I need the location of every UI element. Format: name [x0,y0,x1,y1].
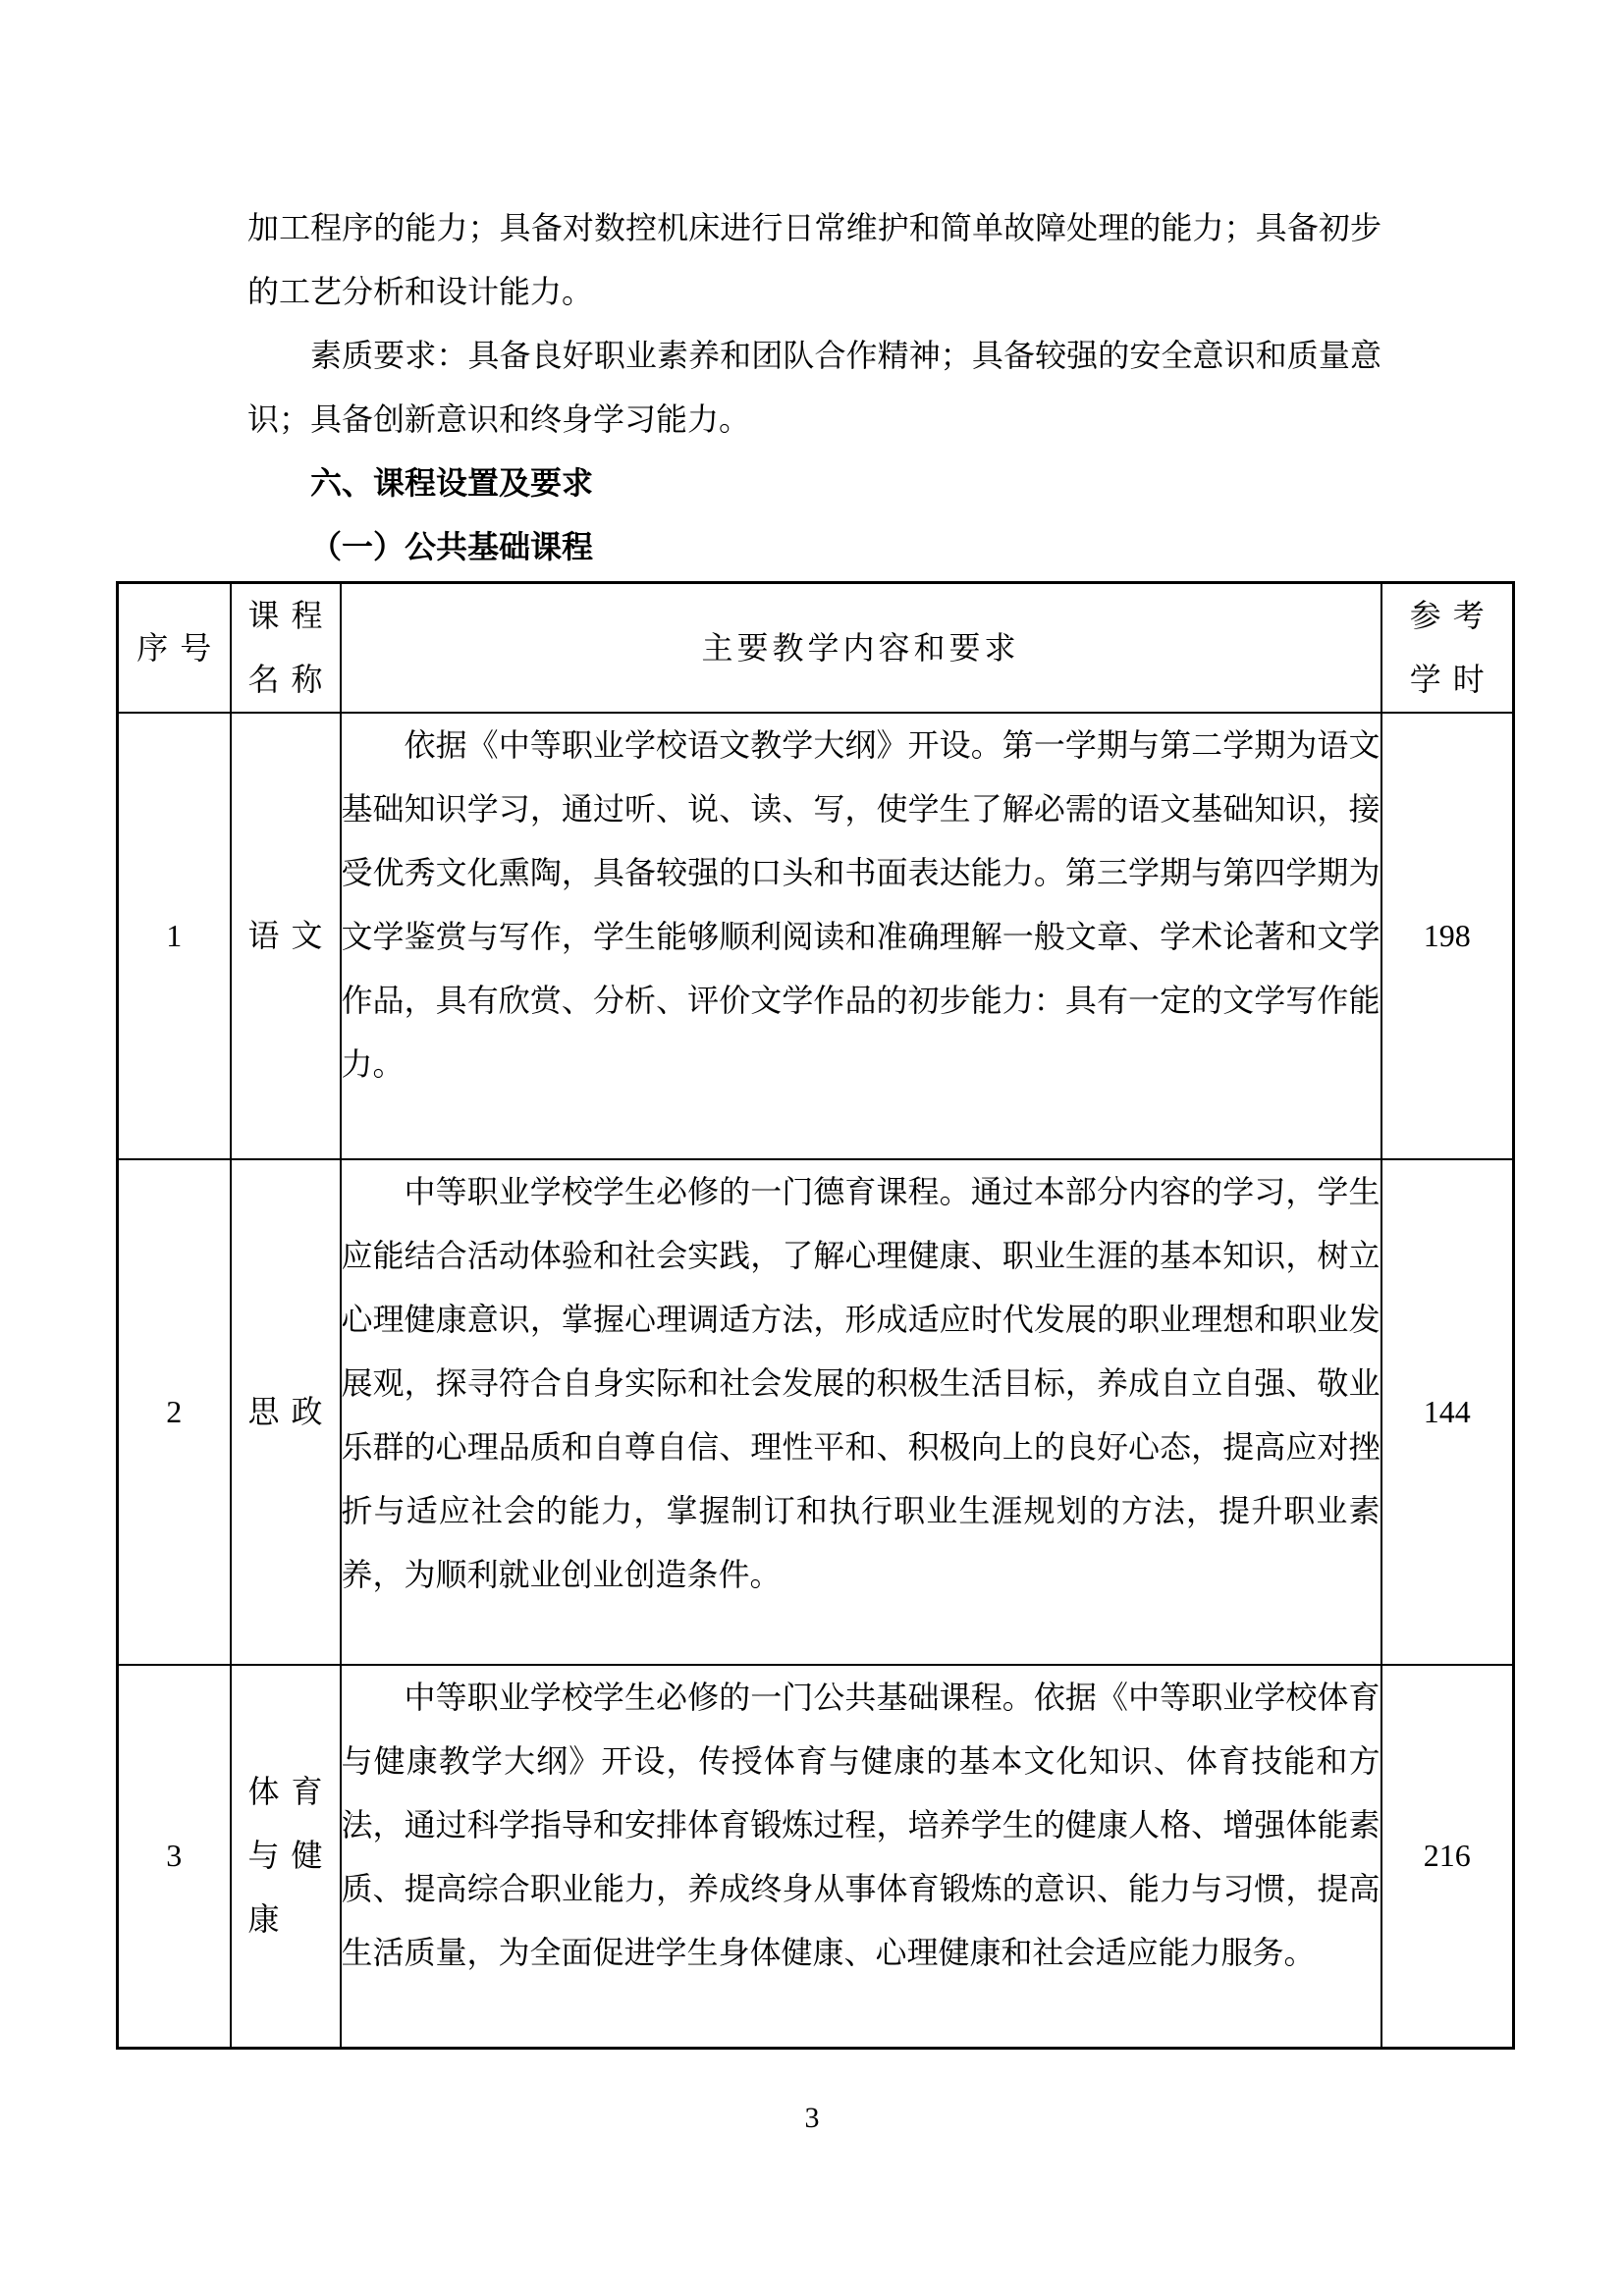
course-content: 依据《中等职业学校语文教学大纲》开设。第一学期与第二学期为语文基础知识学习，通过… [341,713,1381,1159]
subsection-heading: （一）公共基础课程 [247,515,1381,579]
course-hours: 144 [1381,1159,1514,1665]
course-hours: 198 [1381,713,1514,1159]
page-number: 3 [0,2101,1624,2136]
course-hours: 216 [1381,1665,1514,2048]
header-hours: 参考学时 [1381,583,1514,714]
row-index: 2 [118,1159,231,1665]
header-course-name-label: 课程名称 [248,584,323,712]
course-table: 序号 课程名称 主要教学内容和要求 参考学时 1 语文 依据《中等职业学校语文教… [116,581,1515,2050]
section-heading: 六、课程设置及要求 [247,452,1381,515]
body-paragraph: 素质要求：具备良好职业素养和团队合作精神；具备较强的安全意识和质量意识；具备创新… [247,324,1381,452]
course-content: 中等职业学校学生必修的一门公共基础课程。依据《中等职业学校体育与健康教学大纲》开… [341,1665,1381,2048]
course-content: 中等职业学校学生必修的一门德育课程。通过本部分内容的学习，学生应能结合活动体验和… [341,1159,1381,1665]
header-hours-label: 参考学时 [1410,584,1485,712]
header-content: 主要教学内容和要求 [341,583,1381,714]
table-row: 1 语文 依据《中等职业学校语文教学大纲》开设。第一学期与第二学期为语文基础知识… [118,713,1514,1159]
row-index: 3 [118,1665,231,2048]
header-content-label: 主要教学内容和要求 [701,630,1019,666]
course-name: 体育与健康 [248,1760,323,1951]
row-index: 1 [118,713,231,1159]
table-row: 3 体育与健康 中等职业学校学生必修的一门公共基础课程。依据《中等职业学校体育与… [118,1665,1514,2048]
table-row: 2 思政 中等职业学校学生必修的一门德育课程。通过本部分内容的学习，学生应能结合… [118,1159,1514,1665]
header-course-name: 课程名称 [231,583,341,714]
course-name-cell: 语文 [231,713,341,1159]
course-name: 思政 [248,1380,323,1444]
course-name-cell: 思政 [231,1159,341,1665]
table-header-row: 序号 课程名称 主要教学内容和要求 参考学时 [118,583,1514,714]
body-text-block: 加工程序的能力；具备对数控机床进行日常维护和简单故障处理的能力；具备初步的工艺分… [247,196,1381,579]
course-name-cell: 体育与健康 [231,1665,341,2048]
course-name: 语文 [248,904,323,968]
header-index: 序号 [118,583,231,714]
header-index-label: 序号 [136,616,211,680]
body-paragraph-continued: 加工程序的能力；具备对数控机床进行日常维护和简单故障处理的能力；具备初步的工艺分… [247,196,1381,324]
document-page: 加工程序的能力；具备对数控机床进行日常维护和简单故障处理的能力；具备初步的工艺分… [0,0,1624,2296]
